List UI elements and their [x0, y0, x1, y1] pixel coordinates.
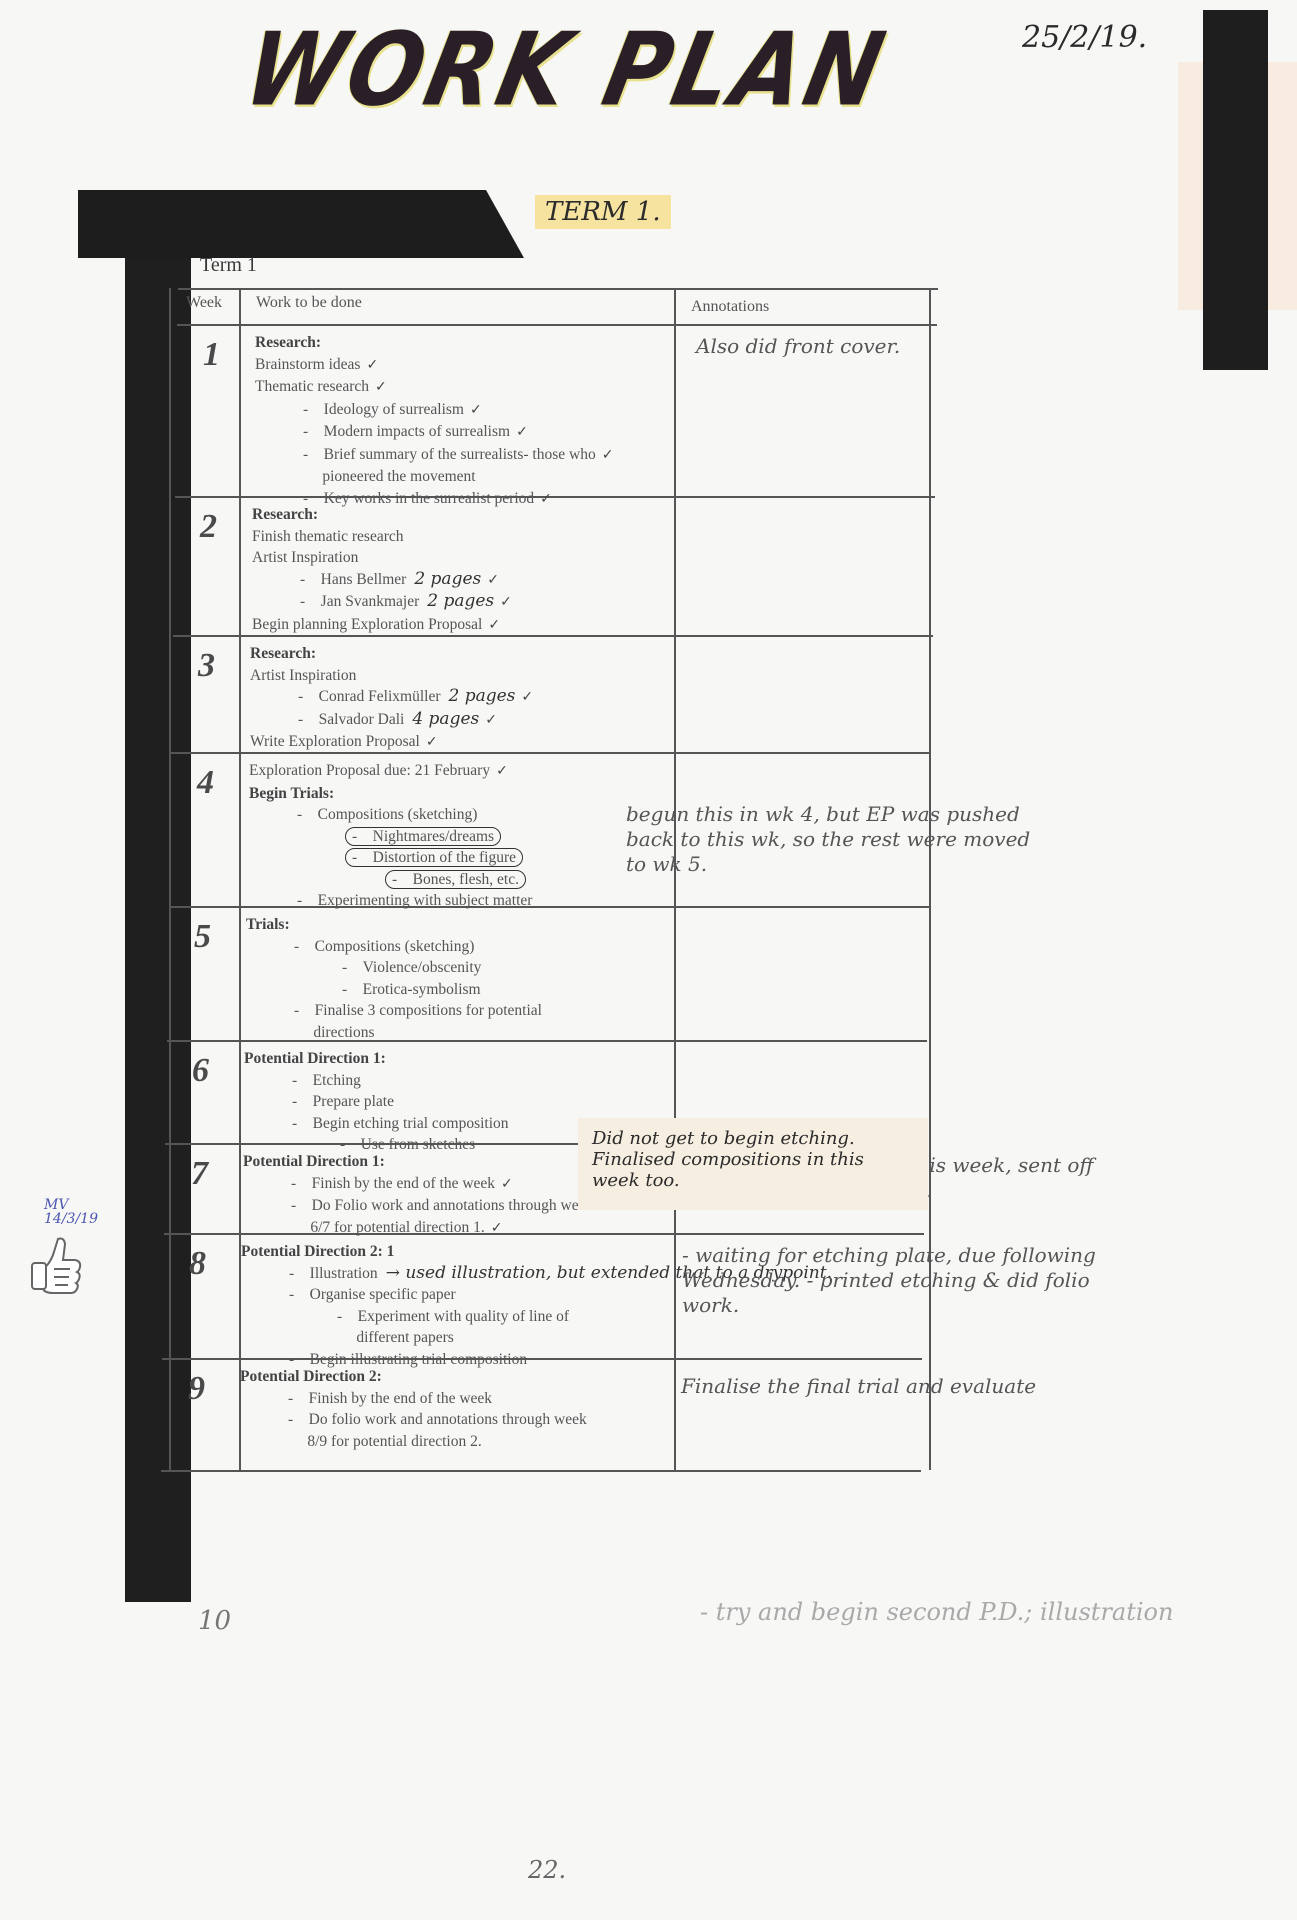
- task-text: - Modern impacts of surrealism: [303, 423, 510, 440]
- task-text: - Erotica-symbolism: [342, 981, 481, 998]
- task-text: Finish thematic research: [252, 528, 404, 545]
- task-text: - Finish by the end of the week: [291, 1175, 495, 1192]
- week-number: 6: [192, 1052, 209, 1090]
- handwritten-note: 4 pages: [412, 709, 479, 729]
- task-text: Begin Trials:: [249, 785, 334, 802]
- task-line: pioneered the movement: [255, 466, 613, 488]
- task-text: - Nightmares/dreams: [345, 827, 501, 846]
- handwritten-note: 2 pages: [449, 686, 516, 706]
- handwritten-note: 2 pages: [414, 569, 481, 589]
- checkmark-icon: ✓: [496, 763, 508, 779]
- task-text: directions: [294, 1024, 375, 1041]
- table-rule: [161, 1470, 921, 1472]
- task-line: Brainstorm ideas✓: [255, 354, 613, 377]
- task-text: - Finish by the end of the week: [288, 1390, 492, 1407]
- checkmark-icon: ✓: [488, 617, 500, 633]
- task-line: different papers: [241, 1327, 832, 1349]
- task-line: directions: [246, 1022, 542, 1044]
- work-cell: Potential Direction 1:- Finish by the en…: [243, 1151, 593, 1239]
- task-line: - Compositions (sketching): [249, 804, 532, 826]
- annotation-text: - waiting for etching plate, due followi…: [682, 1243, 1102, 1318]
- task-text: different papers: [337, 1329, 454, 1346]
- work-cell: Potential Direction 1:- Etching- Prepare…: [244, 1048, 509, 1156]
- task-text: Potential Direction 1:: [244, 1050, 386, 1067]
- page-title: WORK PLAN: [235, 10, 897, 128]
- task-text: Research:: [252, 506, 318, 523]
- checkmark-icon: ✓: [426, 734, 438, 750]
- task-text: 8/9 for potential direction 2.: [288, 1433, 482, 1450]
- teacher-signature: MV 14/3/19: [44, 1198, 98, 1226]
- table-rule: [177, 324, 937, 326]
- checkmark-icon: ✓: [491, 1220, 503, 1236]
- task-line: Potential Direction 1:: [244, 1048, 509, 1070]
- page-number: 22.: [528, 1856, 566, 1884]
- black-tape-top: [78, 190, 524, 258]
- term-label: Term 1: [200, 254, 257, 277]
- task-text: - Experiment with quality of line of: [337, 1308, 569, 1325]
- task-text: - Begin illustrating trial composition: [289, 1351, 527, 1368]
- work-cell: Exploration Proposal due: 21 February✓Be…: [249, 760, 532, 912]
- task-text: Artist Inspiration: [250, 667, 356, 684]
- task-line: - Finish by the end of the week: [240, 1388, 587, 1410]
- term-tag: TERM 1.: [535, 195, 671, 229]
- work-cell: Research:Finish thematic researchArtist …: [252, 504, 512, 636]
- handwritten-note: 2 pages: [427, 591, 494, 611]
- checkmark-icon: ✓: [540, 491, 552, 507]
- annotation-text: begun this in wk 4, but EP was pushed ba…: [626, 802, 1046, 877]
- task-text: Potential Direction 2:: [240, 1368, 382, 1385]
- task-text: Trials:: [246, 916, 290, 933]
- task-line: - Do folio work and annotations through …: [240, 1409, 587, 1431]
- task-line: - Etching: [244, 1070, 509, 1092]
- checkmark-icon: ✓: [375, 379, 387, 395]
- week-number: 3: [198, 647, 215, 685]
- date-handwritten: 25/2/19.: [1022, 20, 1147, 55]
- work-cell: Research:Brainstorm ideas✓Thematic resea…: [255, 332, 613, 510]
- task-line: Artist Inspiration: [252, 547, 512, 569]
- checkmark-icon: ✓: [602, 447, 614, 463]
- task-line: - Jan Svankmajer2 pages✓: [252, 591, 512, 614]
- checkmark-icon: ✓: [521, 689, 533, 705]
- task-text: Artist Inspiration: [252, 549, 358, 566]
- task-text: - Hans Bellmer: [300, 571, 406, 588]
- task-text: Write Exploration Proposal: [250, 733, 420, 750]
- task-line: Research:: [255, 332, 613, 354]
- task-text: Research:: [255, 334, 321, 351]
- task-text: - Organise specific paper: [289, 1286, 456, 1303]
- black-tape-left: [125, 258, 191, 1602]
- task-text: - Distortion of the figure: [345, 848, 523, 867]
- task-line: Artist Inspiration: [250, 665, 533, 687]
- teacher-date: 14/3/19: [44, 1212, 98, 1226]
- task-line: - Modern impacts of surrealism✓: [255, 421, 613, 444]
- checkmark-icon: ✓: [485, 712, 497, 728]
- task-text: - Compositions (sketching): [297, 806, 477, 823]
- task-line: Potential Direction 1:: [243, 1151, 593, 1173]
- task-line: - Do Folio work and annotations through …: [243, 1195, 593, 1217]
- column-header: Annotations: [691, 298, 769, 316]
- thumbs-up-icon: [28, 1235, 84, 1295]
- annotation-text: Also did front cover.: [696, 334, 926, 359]
- task-text: Begin planning Exploration Proposal: [252, 616, 482, 633]
- task-line: - Compositions (sketching): [246, 936, 542, 958]
- checkmark-icon: ✓: [487, 572, 499, 588]
- task-text: - Do folio work and annotations through …: [288, 1411, 587, 1428]
- checkmark-icon: ✓: [500, 594, 512, 610]
- task-text: - Do Folio work and annotations through …: [291, 1197, 593, 1214]
- table-column-rule: [169, 288, 171, 1470]
- task-text: - Salvador Dali: [298, 711, 404, 728]
- week-10-note: - try and begin second P.D.; illustratio…: [700, 1598, 1173, 1626]
- task-line: Finish thematic research: [252, 526, 512, 548]
- teacher-initials: MV: [44, 1198, 98, 1212]
- task-line: - Experimenting with subject matter: [249, 890, 532, 912]
- annotation-text: Finalise the final trial and evaluate: [681, 1374, 1061, 1399]
- work-cell: Potential Direction 2:- Finish by the en…: [240, 1366, 587, 1452]
- task-line: - Bones, flesh, etc.: [249, 869, 532, 891]
- task-line: - Finish by the end of the week✓: [243, 1173, 593, 1196]
- task-line: - Prepare plate: [244, 1091, 509, 1113]
- task-text: Exploration Proposal due: 21 February: [249, 762, 490, 779]
- week-number: 1: [203, 336, 220, 374]
- week-number: 9: [188, 1370, 205, 1408]
- checkmark-icon: ✓: [501, 1176, 513, 1192]
- task-text: Brainstorm ideas: [255, 356, 360, 373]
- task-line: Research:: [252, 504, 512, 526]
- week-number: 5: [194, 918, 211, 956]
- task-line: Begin planning Exploration Proposal✓: [252, 614, 512, 637]
- checkmark-icon: ✓: [366, 357, 378, 373]
- task-text: - Etching: [292, 1072, 361, 1089]
- task-text: - Finalise 3 compositions for potential: [294, 1002, 542, 1019]
- task-line: 6/7 for potential direction 1.✓: [243, 1217, 593, 1240]
- sticky-note-week6: Did not get to begin etching. Finalised …: [578, 1118, 928, 1210]
- task-line: 8/9 for potential direction 2.: [240, 1431, 587, 1453]
- checkmark-icon: ✓: [516, 424, 528, 440]
- task-text: - Illustration: [289, 1265, 378, 1282]
- checkmark-icon: ✓: [470, 402, 482, 418]
- task-line: - Finalise 3 compositions for potential: [246, 1000, 542, 1022]
- task-line: - Begin etching trial composition: [244, 1113, 509, 1135]
- task-text: pioneered the movement: [303, 468, 476, 485]
- task-line: - Ideology of surrealism✓: [255, 399, 613, 422]
- black-tape-right: [1203, 10, 1268, 370]
- task-text: Research:: [250, 645, 316, 662]
- week-number: 2: [200, 508, 217, 546]
- task-text: Thematic research: [255, 378, 369, 395]
- task-line: Potential Direction 2:: [240, 1366, 587, 1388]
- task-line: - Hans Bellmer2 pages✓: [252, 569, 512, 592]
- task-line: Write Exploration Proposal✓: [250, 731, 533, 754]
- task-line: - Brief summary of the surrealists- thos…: [255, 444, 613, 467]
- column-header: Work to be done: [256, 294, 362, 312]
- task-text: - Compositions (sketching): [294, 938, 474, 955]
- task-text: - Prepare plate: [292, 1093, 394, 1110]
- task-line: Research:: [250, 643, 533, 665]
- task-line: Trials:: [246, 914, 542, 936]
- task-line: - Nightmares/dreams: [249, 826, 532, 848]
- task-text: - Violence/obscenity: [342, 959, 481, 976]
- task-text: - Brief summary of the surrealists- thos…: [303, 446, 596, 463]
- week-number: 4: [197, 764, 214, 802]
- task-line: Exploration Proposal due: 21 February✓: [249, 760, 532, 783]
- task-text: - Experimenting with subject matter: [297, 892, 532, 909]
- task-text: - Ideology of surrealism: [303, 401, 464, 418]
- task-line: - Distortion of the figure: [249, 847, 532, 869]
- task-text: - Jan Svankmajer: [300, 593, 419, 610]
- task-line: Thematic research✓: [255, 376, 613, 399]
- task-line: - Violence/obscenity: [246, 957, 542, 979]
- work-cell: Trials:- Compositions (sketching)- Viole…: [246, 914, 542, 1043]
- task-text: 6/7 for potential direction 1.: [291, 1219, 485, 1236]
- week-number: 8: [189, 1245, 206, 1283]
- column-header: Week: [186, 294, 222, 312]
- week-number: 7: [191, 1155, 208, 1193]
- task-line: - Salvador Dali4 pages✓: [250, 709, 533, 732]
- task-text: - Bones, flesh, etc.: [385, 870, 526, 889]
- task-text: Potential Direction 1:: [243, 1153, 385, 1170]
- task-line: - Conrad Felixmüller2 pages✓: [250, 686, 533, 709]
- work-cell: Research:Artist Inspiration- Conrad Feli…: [250, 643, 533, 754]
- task-text: - Conrad Felixmüller: [298, 688, 441, 705]
- task-line: - Erotica-symbolism: [246, 979, 542, 1001]
- task-line: Begin Trials:: [249, 783, 532, 805]
- week-10-label: 10: [198, 1606, 231, 1636]
- task-text: - Begin etching trial composition: [292, 1115, 509, 1132]
- table-rule: [178, 288, 938, 290]
- task-text: Potential Direction 2: 1: [241, 1243, 394, 1260]
